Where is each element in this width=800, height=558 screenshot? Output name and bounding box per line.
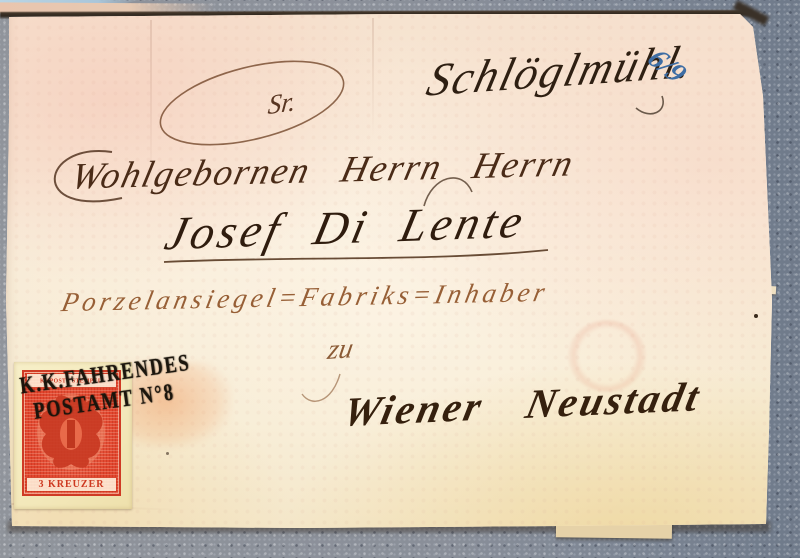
paper-crease <box>372 18 374 138</box>
occupation-handwriting: Porzelansiegel=Fabriks=Inhaber <box>59 279 551 316</box>
ink-speck <box>166 452 169 455</box>
address-prefix-handwriting: Sr. <box>267 88 297 120</box>
stamp-denomination: 3 KREUZER <box>27 478 116 491</box>
cover-photograph: Schlöglmühl. 6/9 Sr. Wohlgebornen Herrn … <box>0 0 800 558</box>
ink-speck <box>754 314 758 318</box>
envelope: Schlöglmühl. 6/9 Sr. Wohlgebornen Herrn … <box>0 0 800 558</box>
salutation-handwriting: Wohlgebornen Herrn Herrn <box>68 145 579 195</box>
preposition-handwriting: zu <box>326 335 356 365</box>
addressee-name-handwriting: Josef Di Lente <box>161 199 531 259</box>
destination-handwriting: Wiener Neustadt <box>340 376 706 433</box>
faint-postmark-ghost <box>568 320 646 392</box>
